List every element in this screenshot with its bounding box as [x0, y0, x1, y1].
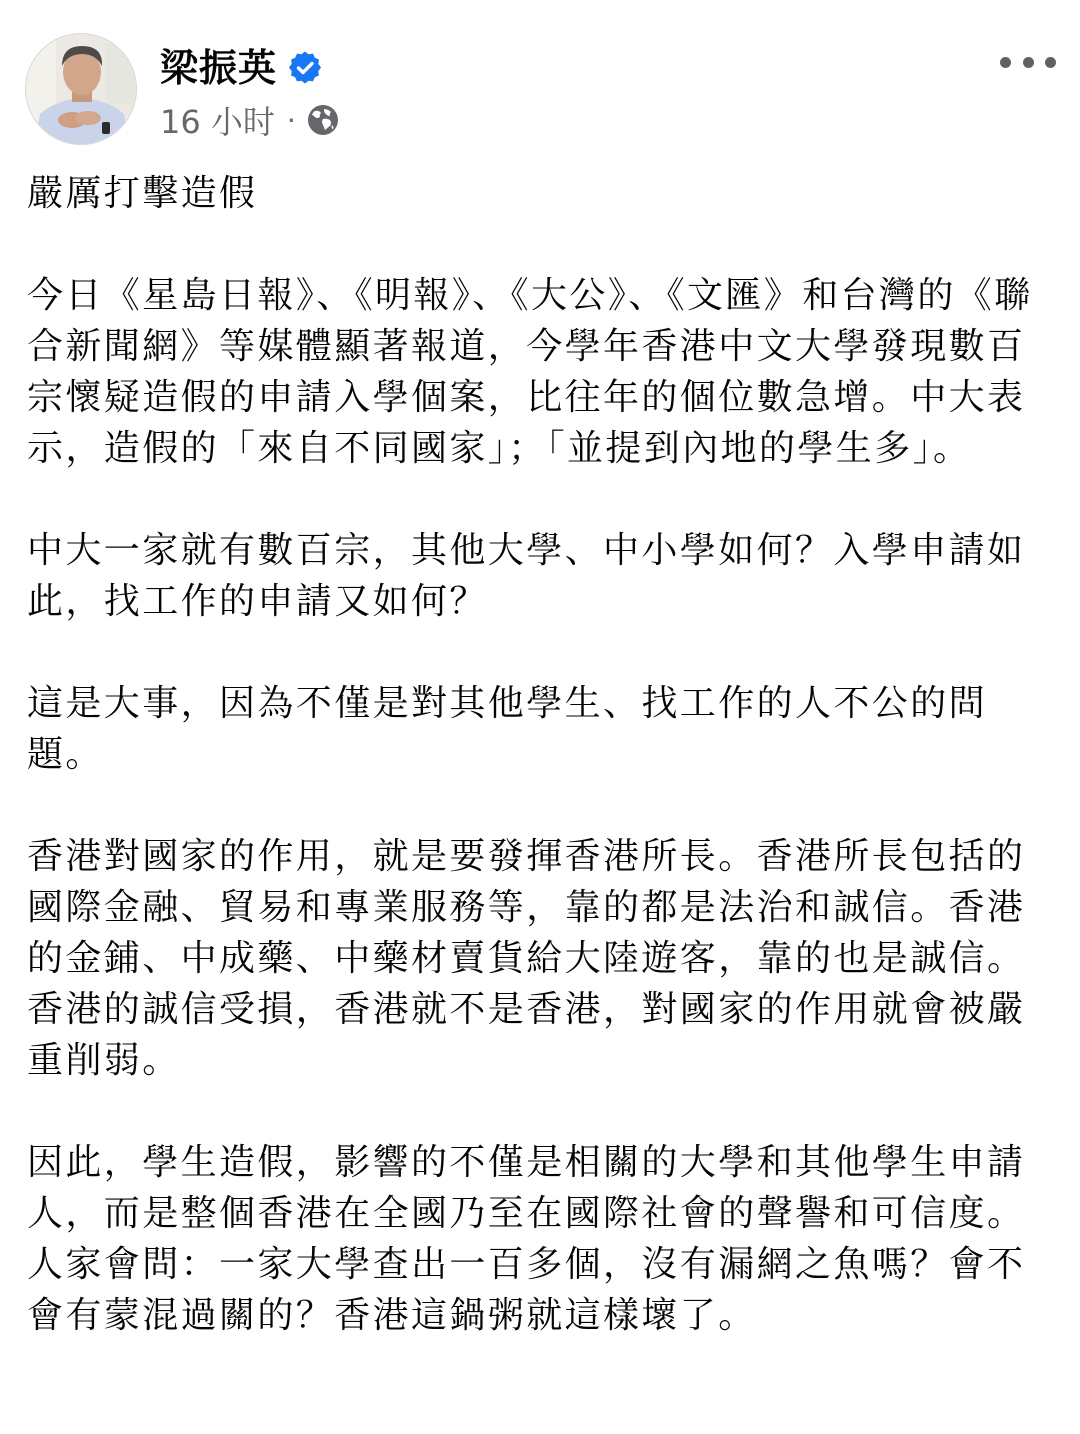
author-name[interactable]: 梁振英 — [160, 40, 277, 96]
post-paragraph: 今日《星島日報》、《明報》、《大公》、《文匯》和台灣的《聯合新聞網》等媒體顯著報… — [27, 270, 1057, 474]
more-options-button[interactable] — [1000, 48, 1056, 76]
globe-icon[interactable] — [306, 103, 340, 137]
post-paragraph: 香港對國家的作用，就是要發揮香港所長。香港所長包括的國際金融、貿易和專業服務等，… — [27, 831, 1057, 1086]
post-paragraph: 因此，學生造假，影響的不僅是相關的大學和其他學生申請人，而是整個香港在全國乃至在… — [27, 1137, 1057, 1341]
post-meta: 16 小时 · — [160, 98, 340, 142]
author-line: 梁振英 — [160, 40, 323, 96]
more-horizontal-icon — [1000, 57, 1011, 68]
more-horizontal-icon — [1045, 57, 1056, 68]
verified-badge-icon — [287, 50, 323, 86]
post-body: 嚴厲打擊造假 今日《星島日報》、《明報》、《大公》、《文匯》和台灣的《聯合新聞網… — [27, 168, 1057, 1341]
more-horizontal-icon — [1023, 57, 1034, 68]
post-paragraph: 這是大事，因為不僅是對其他學生、找工作的人不公的問題。 — [27, 678, 1057, 780]
profile-photo-icon — [26, 34, 137, 145]
post-header: 梁振英 16 小时 · — [0, 0, 1080, 160]
post-paragraph: 中大一家就有數百宗，其他大學、中小學如何？入學申請如此，找工作的申請又如何？ — [27, 525, 1057, 627]
author-avatar[interactable] — [25, 33, 137, 145]
post-timestamp[interactable]: 16 小时 — [160, 97, 275, 143]
post-title-paragraph: 嚴厲打擊造假 — [27, 168, 1057, 219]
meta-separator: · — [287, 104, 296, 137]
